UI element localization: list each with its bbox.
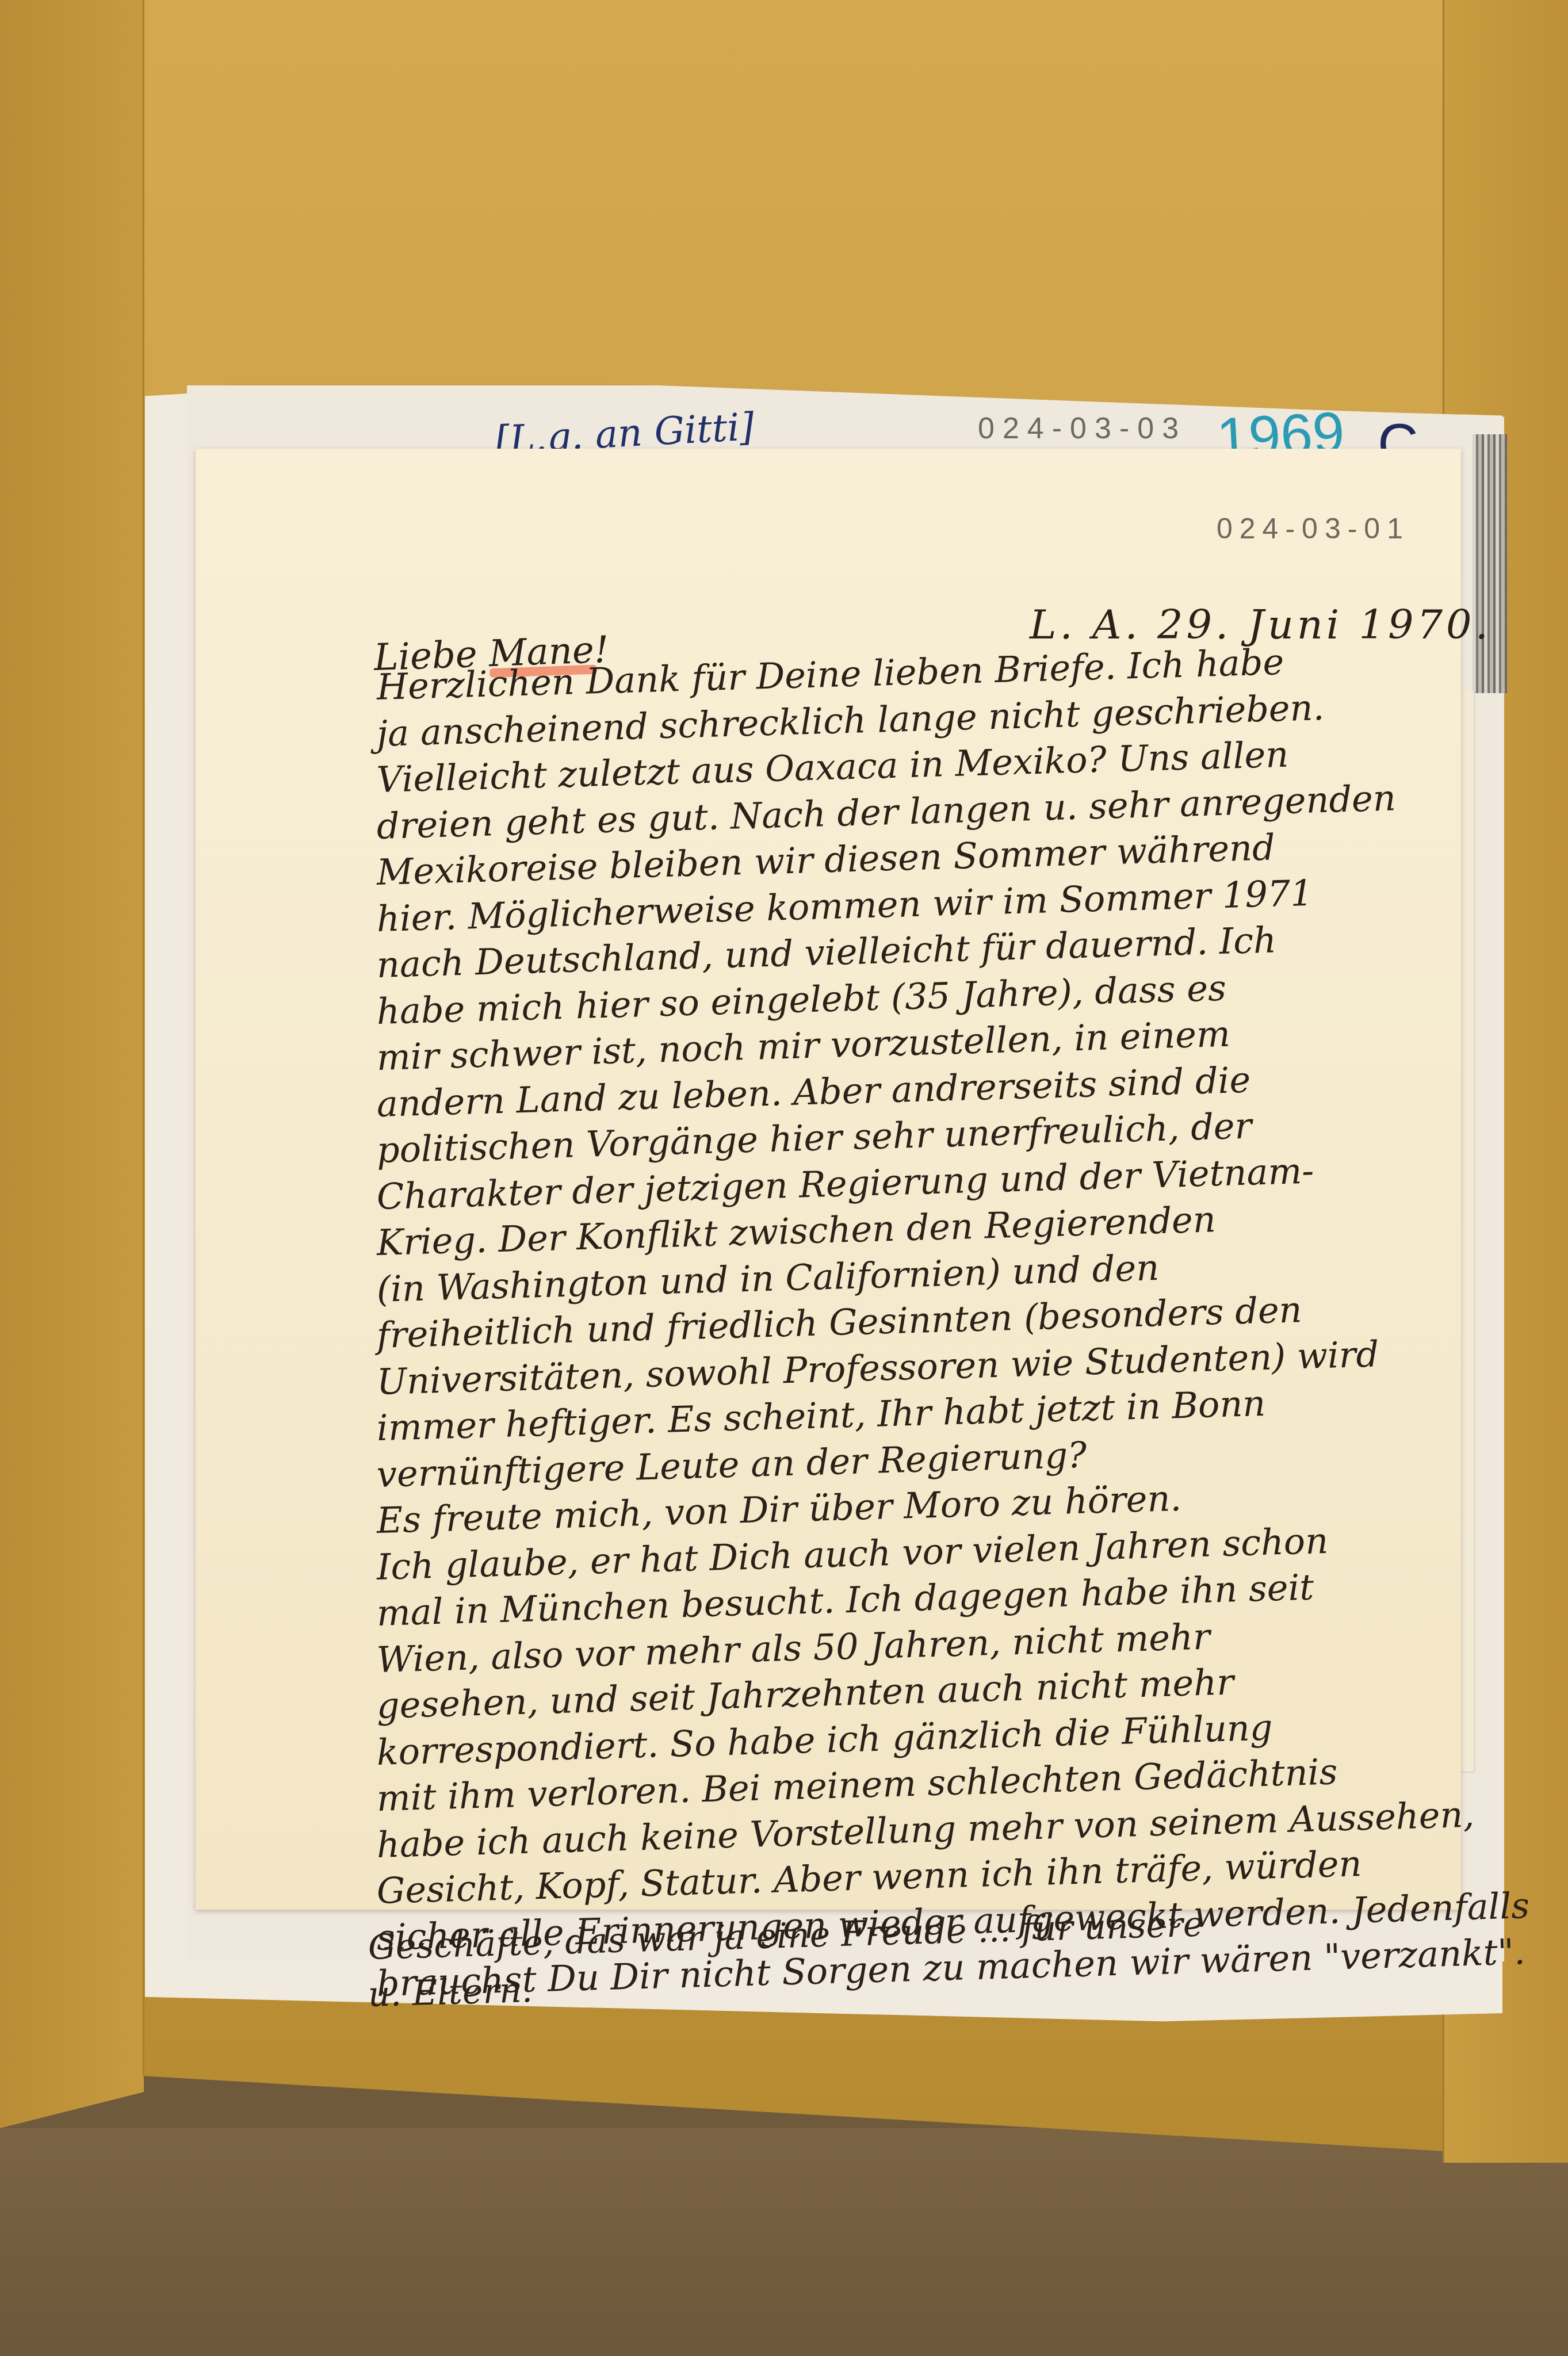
- letter-body: Herzlichen Dank für Deine lieben Briefe.…: [377, 664, 1568, 2007]
- letter-archive-number: 024-03-01: [1217, 512, 1410, 545]
- table-surface: [0, 2128, 1568, 2356]
- underlying-sheet-text: Geschäfte, das war ja eine Freude ... fü…: [368, 1924, 1204, 2018]
- folder-left-panel: [0, 0, 144, 2128]
- back-sheet-archive-number: 024-03-03: [978, 411, 1187, 446]
